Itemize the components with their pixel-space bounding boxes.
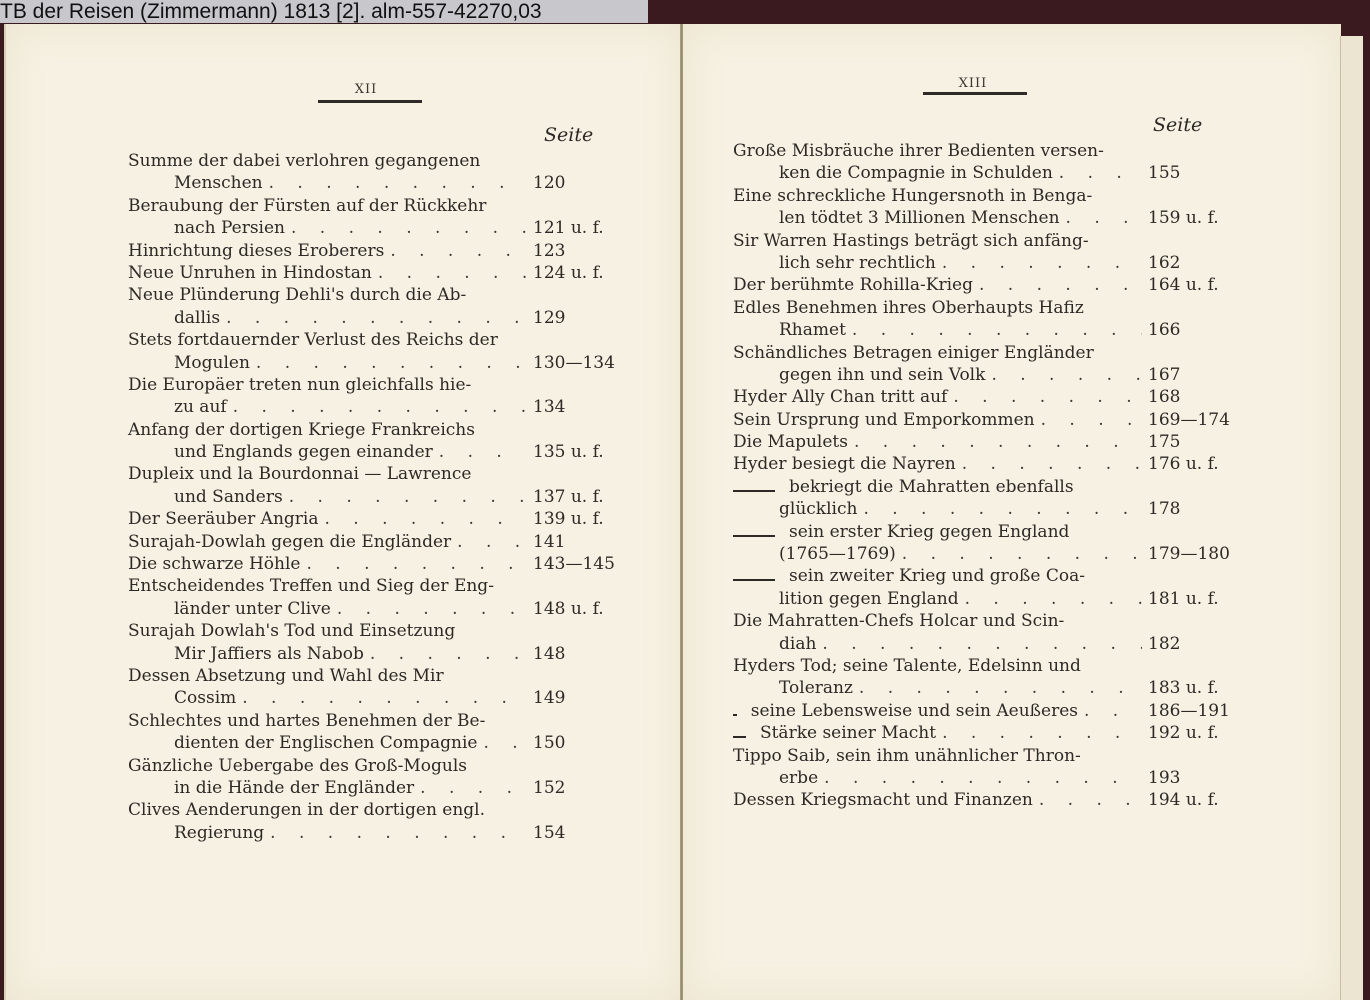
toc-line: Summe der dabei verlohren gegangenen xyxy=(128,150,628,172)
page-number: 169—174 xyxy=(1142,409,1243,431)
page-number: 123 xyxy=(527,240,628,262)
page-number: 135 u. f. xyxy=(527,441,628,463)
column-label: Seite xyxy=(544,124,593,146)
toc-line: len tödtet 3 Millionen Menschen. . . . .… xyxy=(733,207,1243,229)
toc-entry: Schändliches Betragen einiger Engländerg… xyxy=(733,342,1243,387)
page-number: 176 u. f. xyxy=(1142,453,1243,475)
toc-entry: Die Europäer treten nun gleichfalls hie-… xyxy=(128,374,628,419)
dot-leader: . . . . . . . . . . . . . . . . . . . . … xyxy=(973,274,1142,296)
toc-line: dienten der Englischen Compagnie. . . . … xyxy=(128,732,628,754)
dot-leader: . . . . . . . . . . . . . . . . . . . . … xyxy=(985,364,1142,386)
toc-entry-title: und Sanders xyxy=(174,486,283,508)
dot-leader: . . . . . . . . . . . . . . . . . . . . … xyxy=(936,252,1142,274)
toc-entry-title: länder unter Clive xyxy=(174,598,331,620)
toc-line: Stärke seiner Macht. . . . . . . . . . .… xyxy=(733,722,1243,744)
toc-entry: Neue Plünderung Dehli's durch die Ab-dal… xyxy=(128,284,628,329)
toc-line: Die schwarze Höhle. . . . . . . . . . . … xyxy=(128,553,628,575)
toc-entry: Die schwarze Höhle. . . . . . . . . . . … xyxy=(128,553,628,575)
toc-entry-title: Dessen Kriegsmacht und Finanzen xyxy=(733,789,1033,811)
toc-line: Stets fortdauernder Verlust des Reichs d… xyxy=(128,329,628,351)
page-number: 194 u. f. xyxy=(1142,789,1243,811)
toc-entry: Stärke seiner Macht. . . . . . . . . . .… xyxy=(733,722,1243,744)
ditto-dash xyxy=(733,714,737,716)
dot-leader: . . . . . . . . . . . . . . . . . . . . … xyxy=(263,172,527,194)
toc-line: in die Hände der Engländer. . . . . . . … xyxy=(128,777,628,799)
ditto-dash xyxy=(733,736,746,738)
toc-entry-title: glücklich xyxy=(779,498,857,520)
toc-entry-title: Der berühmte Rohilla-Krieg xyxy=(733,274,973,296)
toc-entry-title: Sir Warren Hastings beträgt sich anfäng- xyxy=(733,230,1089,252)
toc-line: Der berühmte Rohilla-Krieg. . . . . . . … xyxy=(733,274,1243,296)
dot-leader: . . . . . . . . . . . . . . . . . . . . … xyxy=(853,677,1142,699)
toc-entry: Hyder Ally Chan tritt auf. . . . . . . .… xyxy=(733,386,1243,408)
toc-line: zu auf. . . . . . . . . . . . . . . . . … xyxy=(128,396,628,418)
page-number: 129 xyxy=(527,307,628,329)
toc-line: Surajah-Dowlah gegen die Engländer. . . … xyxy=(128,531,628,553)
page-number: 149 xyxy=(527,687,628,709)
toc-line: Neue Unruhen in Hindostan. . . . . . . .… xyxy=(128,262,628,284)
toc-line: Große Misbräuche ihrer Bedienten versen- xyxy=(733,140,1243,162)
toc-line: sein zweiter Krieg und große Coa- xyxy=(733,565,1243,587)
dot-leader: . . . . . . . . . . . . . . . . . . . . … xyxy=(451,531,527,553)
toc-entry-title: Neue Plünderung Dehli's durch die Ab- xyxy=(128,284,466,306)
toc-entry-title: Die schwarze Höhle xyxy=(128,553,300,575)
page-number: 179—180 xyxy=(1142,543,1243,565)
dot-leader: . . . . . . . . . . . . . . . . . . . . … xyxy=(364,643,527,665)
page-number: 182 xyxy=(1142,633,1243,655)
toc-entry-title: Toleranz xyxy=(779,677,853,699)
page-number: 150 xyxy=(527,732,628,754)
toc-line: Edles Benehmen ihres Oberhaupts Hafiz xyxy=(733,297,1243,319)
toc-line: Rhamet. . . . . . . . . . . . . . . . . … xyxy=(733,319,1243,341)
toc-entry: Sir Warren Hastings beträgt sich anfäng-… xyxy=(733,230,1243,275)
toc-entry-title: Neue Unruhen in Hindostan xyxy=(128,262,372,284)
toc-entry: Schlechtes und hartes Benehmen der Be-di… xyxy=(128,710,628,755)
toc-line: Die Mahratten-Chefs Holcar und Scin- xyxy=(733,610,1243,632)
dot-leader: . . . . . . . . . . . . . . . . . . . . … xyxy=(318,508,527,530)
page-number: 121 u. f. xyxy=(527,217,628,239)
toc-entry: Dessen Absetzung und Wahl des MirCossim.… xyxy=(128,665,628,710)
toc-entry-title: Dupleix und la Bourdonnai — Lawrence xyxy=(128,463,471,485)
toc-line: Die Mapulets. . . . . . . . . . . . . . … xyxy=(733,431,1243,453)
dot-leader: . . . . . . . . . . . . . . . . . . . . … xyxy=(283,486,527,508)
toc-entry-title: Große Misbräuche ihrer Bedienten versen- xyxy=(733,140,1104,162)
toc-entry: Der Seeräuber Angria. . . . . . . . . . … xyxy=(128,508,628,530)
toc-entry-title: gegen ihn und sein Volk xyxy=(779,364,985,386)
toc-line: Beraubung der Fürsten auf der Rückkehr xyxy=(128,195,628,217)
toc-line: Hyder besiegt die Nayren. . . . . . . . … xyxy=(733,453,1243,475)
dot-leader: . . . . . . . . . . . . . . . . . . . . … xyxy=(818,767,1142,789)
dot-leader: . . . . . . . . . . . . . . . . . . . . … xyxy=(1053,162,1142,184)
book-spread: XII Seite Summe der dabei verlohren gega… xyxy=(0,24,1370,1000)
toc-entry-title: Tippo Saib, sein ihm unähnlicher Thron- xyxy=(733,745,1081,767)
toc-line: Mir Jaffiers als Nabob. . . . . . . . . … xyxy=(128,643,628,665)
toc-line: Hyders Tod; seine Talente, Edelsinn und xyxy=(733,655,1243,677)
page-number: 152 xyxy=(527,777,628,799)
toc-line: Menschen. . . . . . . . . . . . . . . . … xyxy=(128,172,628,194)
dot-leader: . . . . . . . . . . . . . . . . . . . . … xyxy=(250,352,527,374)
toc-line: glücklich. . . . . . . . . . . . . . . .… xyxy=(733,498,1243,520)
toc-line: Sein Ursprung und Emporkommen. . . . . .… xyxy=(733,409,1243,431)
dot-leader: . . . . . . . . . . . . . . . . . . . . … xyxy=(227,396,527,418)
toc-entry-title: ken die Compagnie in Schulden xyxy=(779,162,1053,184)
toc-line: ken die Compagnie in Schulden. . . . . .… xyxy=(733,162,1243,184)
toc-entry: Die Mahratten-Chefs Holcar und Scin-diah… xyxy=(733,610,1243,655)
toc-line: nach Persien. . . . . . . . . . . . . . … xyxy=(128,217,628,239)
toc-entry-title: lition gegen England xyxy=(779,588,959,610)
dot-leader: . . . . . . . . . . . . . . . . . . . . … xyxy=(1035,409,1142,431)
toc-entry-title: diah xyxy=(779,633,816,655)
toc-entry: Beraubung der Fürsten auf der Rückkehrna… xyxy=(128,195,628,240)
toc-line: erbe. . . . . . . . . . . . . . . . . . … xyxy=(733,767,1243,789)
toc-entry-title: Beraubung der Fürsten auf der Rückkehr xyxy=(128,195,486,217)
toc-line: Clives Aenderungen in der dortigen engl. xyxy=(128,799,628,821)
toc-line: Toleranz. . . . . . . . . . . . . . . . … xyxy=(733,677,1243,699)
toc-entry-title: Mir Jaffiers als Nabob xyxy=(174,643,364,665)
page-number: 167 xyxy=(1142,364,1243,386)
toc-entry: Dupleix und la Bourdonnai — Lawrenceund … xyxy=(128,463,628,508)
toc-line: seine Lebensweise und sein Aeußeres. . .… xyxy=(733,700,1243,722)
page-number: 134 xyxy=(527,396,628,418)
toc-entry: Hinrichtung dieses Eroberers. . . . . . … xyxy=(128,240,628,262)
dot-leader: . . . . . . . . . . . . . . . . . . . . … xyxy=(816,633,1142,655)
toc-entry: Hyder besiegt die Nayren. . . . . . . . … xyxy=(733,453,1243,475)
toc-entry-title: erbe xyxy=(779,767,818,789)
toc-entry-title: zu auf xyxy=(174,396,227,418)
dot-leader: . . . . . . . . . . . . . . . . . . . . … xyxy=(220,307,527,329)
page-number: 148 xyxy=(527,643,628,665)
dot-leader: . . . . . . . . . . . . . . . . . . . . … xyxy=(1078,700,1142,722)
page-edge xyxy=(1340,36,1363,1000)
toc-entry: Surajah-Dowlah gegen die Engländer. . . … xyxy=(128,531,628,553)
dot-leader: . . . . . . . . . . . . . . . . . . . . … xyxy=(300,553,527,575)
toc-entry-title: Cossim xyxy=(174,687,236,709)
toc-entry: Neue Unruhen in Hindostan. . . . . . . .… xyxy=(128,262,628,284)
toc-entry-title: (1765—1769) xyxy=(779,543,896,565)
toc-line: und Englands gegen einander. . . . . . .… xyxy=(128,441,628,463)
dot-leader: . . . . . . . . . . . . . . . . . . . . … xyxy=(264,822,527,844)
page-number: 120 xyxy=(527,172,628,194)
dot-leader: . . . . . . . . . . . . . . . . . . . . … xyxy=(896,543,1142,565)
page-number: 175 xyxy=(1142,431,1243,453)
toc-entry: Gänzliche Uebergabe des Groß-Mogulsin di… xyxy=(128,755,628,800)
running-head: XII xyxy=(336,82,396,97)
toc-entry-title: Hyder Ally Chan tritt auf xyxy=(733,386,947,408)
toc-entry: seine Lebensweise und sein Aeußeres. . .… xyxy=(733,700,1243,722)
dot-leader: . . . . . . . . . . . . . . . . . . . . … xyxy=(477,732,527,754)
toc-entry: Große Misbräuche ihrer Bedienten versen-… xyxy=(733,140,1243,185)
dot-leader: . . . . . . . . . . . . . . . . . . . . … xyxy=(1060,207,1142,229)
toc-entry-title: Dessen Absetzung und Wahl des Mir xyxy=(128,665,444,687)
toc-line: Schlechtes und hartes Benehmen der Be- xyxy=(128,710,628,732)
dot-leader: . . . . . . . . . . . . . . . . . . . . … xyxy=(414,777,527,799)
toc-entry-title: Eine schreckliche Hungersnoth in Benga- xyxy=(733,185,1092,207)
toc-entry-title: lich sehr rechtlich xyxy=(779,252,936,274)
toc-line: Der Seeräuber Angria. . . . . . . . . . … xyxy=(128,508,628,530)
toc-line: lich sehr rechtlich. . . . . . . . . . .… xyxy=(733,252,1243,274)
toc-entry-title: len tödtet 3 Millionen Menschen xyxy=(779,207,1060,229)
toc-entry: bekriegt die Mahratten ebenfallsglücklic… xyxy=(733,476,1243,521)
dot-leader: . . . . . . . . . . . . . . . . . . . . … xyxy=(936,722,1142,744)
page-number: 178 xyxy=(1142,498,1243,520)
toc-entry-title: Schändliches Betragen einiger Engländer xyxy=(733,342,1094,364)
toc-entry-title: Entscheidendes Treffen und Sieg der Eng- xyxy=(128,575,494,597)
toc-line: sein erster Krieg gegen England xyxy=(733,521,1243,543)
page-number: 193 xyxy=(1142,767,1243,789)
toc-entry-title: Stärke seiner Macht xyxy=(760,722,936,744)
toc-entry-title: Die Europäer treten nun gleichfalls hie- xyxy=(128,374,471,396)
toc-entry: Tippo Saib, sein ihm unähnlicher Thron-e… xyxy=(733,745,1243,790)
toc-list: Summe der dabei verlohren gegangenenMens… xyxy=(128,150,628,844)
toc-line: Anfang der dortigen Kriege Frankreichs xyxy=(128,419,628,441)
toc-entry-title: Sein Ursprung und Emporkommen xyxy=(733,409,1035,431)
toc-line: Dupleix und la Bourdonnai — Lawrence xyxy=(128,463,628,485)
toc-entry-title: Gänzliche Uebergabe des Groß-Moguls xyxy=(128,755,467,777)
toc-line: Cossim. . . . . . . . . . . . . . . . . … xyxy=(128,687,628,709)
toc-line: Mogulen. . . . . . . . . . . . . . . . .… xyxy=(128,352,628,374)
dot-leader: . . . . . . . . . . . . . . . . . . . . … xyxy=(285,217,527,239)
toc-line: Dessen Kriegsmacht und Finanzen. . . . .… xyxy=(733,789,1243,811)
page-number: 168 xyxy=(1142,386,1243,408)
page-number: 192 u. f. xyxy=(1142,722,1243,744)
toc-entry: sein erster Krieg gegen England(1765—176… xyxy=(733,521,1243,566)
page-number: 154 xyxy=(527,822,628,844)
toc-entry-title: Anfang der dortigen Kriege Frankreichs xyxy=(128,419,475,441)
toc-line: und Sanders. . . . . . . . . . . . . . .… xyxy=(128,486,628,508)
ditto-dash xyxy=(733,490,775,492)
dot-leader: . . . . . . . . . . . . . . . . . . . . … xyxy=(331,598,527,620)
image-caption: TB der Reisen (Zimmermann) 1813 [2]. alm… xyxy=(0,0,648,23)
page-number: 186—191 xyxy=(1142,700,1243,722)
toc-entry: sein zweiter Krieg und große Coa-lition … xyxy=(733,565,1243,610)
toc-entry-title: dienten der Englischen Compagnie xyxy=(174,732,477,754)
page-number: 148 u. f. xyxy=(527,598,628,620)
page-number: 143—145 xyxy=(527,553,628,575)
column-label: Seite xyxy=(1153,114,1202,136)
toc-entry: Edles Benehmen ihres Oberhaupts HafizRha… xyxy=(733,297,1243,342)
toc-entry-title: Clives Aenderungen in der dortigen engl. xyxy=(128,799,485,821)
ditto-dash xyxy=(733,535,775,537)
toc-line: Sir Warren Hastings beträgt sich anfäng- xyxy=(733,230,1243,252)
toc-entry-title: Edles Benehmen ihres Oberhaupts Hafiz xyxy=(733,297,1084,319)
toc-entry: Anfang der dortigen Kriege Frankreichsun… xyxy=(128,419,628,464)
toc-line: Hinrichtung dieses Eroberers. . . . . . … xyxy=(128,240,628,262)
page-number: 181 u. f. xyxy=(1142,588,1243,610)
toc-entry-title: dallis xyxy=(174,307,220,329)
toc-entry: Hyders Tod; seine Talente, Edelsinn undT… xyxy=(733,655,1243,700)
dot-leader: . . . . . . . . . . . . . . . . . . . . … xyxy=(1033,789,1142,811)
toc-line: Surajah Dowlah's Tod und Einsetzung xyxy=(128,620,628,642)
toc-entry-title: seine Lebensweise und sein Aeußeres xyxy=(751,700,1078,722)
toc-entry: Die Mapulets. . . . . . . . . . . . . . … xyxy=(733,431,1243,453)
dot-leader: . . . . . . . . . . . . . . . . . . . . … xyxy=(857,498,1142,520)
ditto-dash xyxy=(733,579,775,581)
toc-line: länder unter Clive. . . . . . . . . . . … xyxy=(128,598,628,620)
toc-entry-title: Hyders Tod; seine Talente, Edelsinn und xyxy=(733,655,1081,677)
head-rule xyxy=(318,100,422,103)
dot-leader: . . . . . . . . . . . . . . . . . . . . … xyxy=(956,453,1142,475)
page-number: 162 xyxy=(1142,252,1243,274)
toc-line: lition gegen England. . . . . . . . . . … xyxy=(733,588,1243,610)
toc-entry: Summe der dabei verlohren gegangenenMens… xyxy=(128,150,628,195)
toc-entry: Eine schreckliche Hungersnoth in Benga-l… xyxy=(733,185,1243,230)
running-head: XIII xyxy=(943,76,1003,91)
toc-entry: Clives Aenderungen in der dortigen engl.… xyxy=(128,799,628,844)
toc-line: Eine schreckliche Hungersnoth in Benga- xyxy=(733,185,1243,207)
toc-entry-title: Mogulen xyxy=(174,352,250,374)
toc-entry-title: sein zweiter Krieg und große Coa- xyxy=(789,565,1085,587)
toc-line: Hyder Ally Chan tritt auf. . . . . . . .… xyxy=(733,386,1243,408)
dot-leader: . . . . . . . . . . . . . . . . . . . . … xyxy=(959,588,1142,610)
toc-line: (1765—1769). . . . . . . . . . . . . . .… xyxy=(733,543,1243,565)
page-number: 124 u. f. xyxy=(527,262,628,284)
dot-leader: . . . . . . . . . . . . . . . . . . . . … xyxy=(372,262,527,284)
toc-line: Schändliches Betragen einiger Engländer xyxy=(733,342,1243,364)
dot-leader: . . . . . . . . . . . . . . . . . . . . … xyxy=(846,319,1142,341)
page-number: 141 xyxy=(527,531,628,553)
toc-entry-title: Surajah Dowlah's Tod und Einsetzung xyxy=(128,620,455,642)
toc-entry: Stets fortdauernder Verlust des Reichs d… xyxy=(128,329,628,374)
toc-entry: Sein Ursprung und Emporkommen. . . . . .… xyxy=(733,409,1243,431)
toc-entry-title: Der Seeräuber Angria xyxy=(128,508,318,530)
toc-entry-title: nach Persien xyxy=(174,217,285,239)
dot-leader: . . . . . . . . . . . . . . . . . . . . … xyxy=(236,687,527,709)
toc-entry-title: Menschen xyxy=(174,172,263,194)
page-number: 155 xyxy=(1142,162,1243,184)
toc-entry-title: Die Mapulets xyxy=(733,431,848,453)
right-page: XIII Seite Große Misbräuche ihrer Bedien… xyxy=(682,24,1341,1000)
toc-entry-title: Hyder besiegt die Nayren xyxy=(733,453,956,475)
toc-entry-title: und Englands gegen einander xyxy=(174,441,433,463)
toc-entry: Der berühmte Rohilla-Krieg. . . . . . . … xyxy=(733,274,1243,296)
toc-entry-title: Hinrichtung dieses Eroberers xyxy=(128,240,384,262)
dot-leader: . . . . . . . . . . . . . . . . . . . . … xyxy=(947,386,1142,408)
toc-line: Tippo Saib, sein ihm unähnlicher Thron- xyxy=(733,745,1243,767)
toc-entry-title: Schlechtes und hartes Benehmen der Be- xyxy=(128,710,485,732)
toc-entry-title: Regierung xyxy=(174,822,264,844)
page-number: 164 u. f. xyxy=(1142,274,1243,296)
toc-line: dallis. . . . . . . . . . . . . . . . . … xyxy=(128,307,628,329)
toc-entry-title: sein erster Krieg gegen England xyxy=(789,521,1069,543)
dot-leader: . . . . . . . . . . . . . . . . . . . . … xyxy=(384,240,527,262)
toc-line: Regierung. . . . . . . . . . . . . . . .… xyxy=(128,822,628,844)
toc-line: bekriegt die Mahratten ebenfalls xyxy=(733,476,1243,498)
toc-list: Große Misbräuche ihrer Bedienten versen-… xyxy=(733,140,1243,812)
toc-line: Die Europäer treten nun gleichfalls hie- xyxy=(128,374,628,396)
page-number: 183 u. f. xyxy=(1142,677,1243,699)
toc-entry-title: Rhamet xyxy=(779,319,846,341)
page-number: 159 u. f. xyxy=(1142,207,1243,229)
toc-entry-title: Surajah-Dowlah gegen die Engländer xyxy=(128,531,451,553)
toc-entry: Entscheidendes Treffen und Sieg der Eng-… xyxy=(128,575,628,620)
toc-line: Dessen Absetzung und Wahl des Mir xyxy=(128,665,628,687)
head-rule xyxy=(923,92,1027,95)
left-page: XII Seite Summe der dabei verlohren gega… xyxy=(4,24,682,1000)
toc-line: Gänzliche Uebergabe des Groß-Moguls xyxy=(128,755,628,777)
page-number: 166 xyxy=(1142,319,1243,341)
dot-leader: . . . . . . . . . . . . . . . . . . . . … xyxy=(433,441,527,463)
toc-entry: Dessen Kriegsmacht und Finanzen. . . . .… xyxy=(733,789,1243,811)
toc-line: gegen ihn und sein Volk. . . . . . . . .… xyxy=(733,364,1243,386)
toc-entry-title: in die Hände der Engländer xyxy=(174,777,414,799)
toc-entry-title: Die Mahratten-Chefs Holcar und Scin- xyxy=(733,610,1064,632)
toc-entry-title: Summe der dabei verlohren gegangenen xyxy=(128,150,480,172)
toc-entry-title: Stets fortdauernder Verlust des Reichs d… xyxy=(128,329,498,351)
toc-line: Entscheidendes Treffen und Sieg der Eng- xyxy=(128,575,628,597)
toc-line: diah. . . . . . . . . . . . . . . . . . … xyxy=(733,633,1243,655)
dot-leader: . . . . . . . . . . . . . . . . . . . . … xyxy=(848,431,1142,453)
toc-line: Neue Plünderung Dehli's durch die Ab- xyxy=(128,284,628,306)
toc-entry-title: bekriegt die Mahratten ebenfalls xyxy=(789,476,1074,498)
toc-entry: Surajah Dowlah's Tod und EinsetzungMir J… xyxy=(128,620,628,665)
page-number: 139 u. f. xyxy=(527,508,628,530)
page-number: 130—134 xyxy=(527,352,628,374)
page-number: 137 u. f. xyxy=(527,486,628,508)
